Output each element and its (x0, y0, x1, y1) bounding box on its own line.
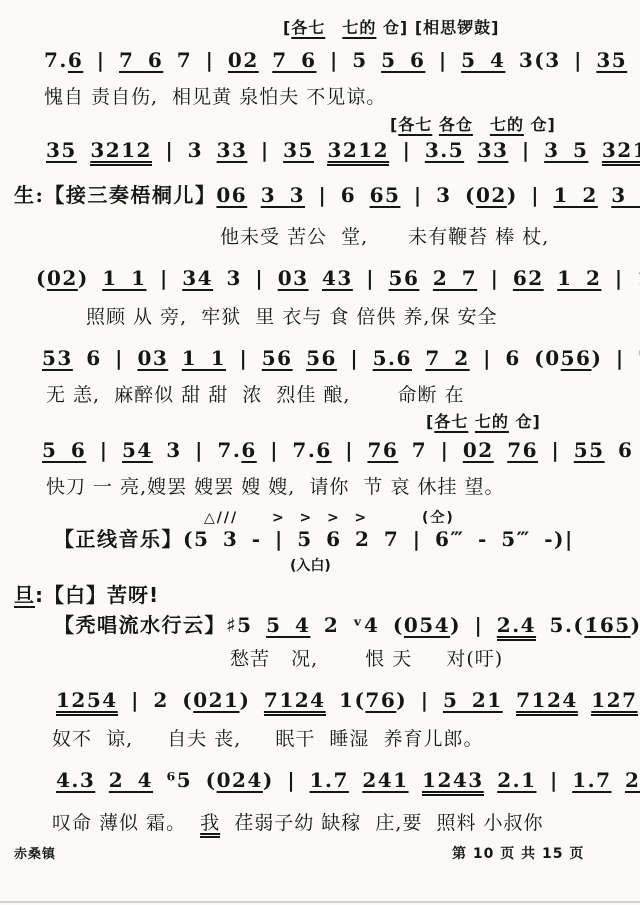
lyrics-line: 无 恙, 麻醉似 甜 甜 浓 烈佳 酿, 命断 在 (46, 384, 465, 408)
percussion-pattern: [各七 七的 仓] [相思锣鼓] (283, 18, 499, 38)
role-dialogue-line: 旦:【白】苦呀! (14, 583, 159, 608)
footer-title: 赤桑镇 (14, 843, 56, 862)
footer-page-number: 第 10 页 共 15 页 (452, 843, 584, 863)
lyrics-line: 照顾 从 旁, 牢狱 里 衣与 食 倍供 养,保 安全 (86, 306, 498, 330)
notation-line: (02) 1 1 | 34 3 | 03 43 | 56 2 7 | 62 1 … (36, 266, 640, 291)
notation-line: 4.3 2 4 ⁶5 (024) | 1.7 241 1243 2.1 | 1.… (56, 768, 640, 793)
notation-line: 53 6 | 03 1 1 | 56 56 | 5.6 7 2 | 6 (056… (42, 346, 640, 371)
accent-marks: (仝) (422, 510, 455, 528)
aria-notation-line: 【秃唱流水行云】♯5 5 4 2 ᵛ4 (054) | 2.4 5.(1̇65)… (54, 613, 640, 638)
notation-line: 35 3212 | 3 33 | 35 3212 | 3.5 33 | 3 5 … (46, 138, 640, 163)
notation-line: 1254 | 2 (021) 7124 1(76) | 5 21 7124 12… (56, 688, 640, 713)
percussion-pattern: [各七 各仓 七的 仓] (390, 115, 556, 135)
accent-marks: △/// (204, 510, 238, 528)
notation-line: 7.6 | 7 6 7 | 02 7 6 | 5 5 6 | 5 4 3(3 |… (44, 48, 640, 73)
stage-direction: (入白) (290, 558, 331, 576)
lyrics-line: 叹命 薄似 霜。 我 荏弱子幼 缺稼 庄,要 照料 小叔你 (52, 812, 544, 836)
notation-line: 5 6 | 54 3 | 7.6 | 7.6 | 76 7 | 02 76 | … (42, 438, 640, 463)
accent-marks: > > > > (272, 510, 368, 528)
lyrics-line: 愁苦 况, 恨 天 对(吁) (230, 648, 503, 672)
percussion-pattern: [各七 七的 仓] (426, 412, 541, 432)
interlude-notation-line: 【正线音乐】(5 3 - | 5 6 2 7 | 6‴ - 5‴ -)| (54, 527, 574, 552)
lyrics-line: 快刀 一 亮,嫂罢 嫂罢 嫂 嫂, 请你 节 哀 休挂 望。 (46, 476, 505, 500)
lyrics-line: 奴不 谅, 自夫 丧, 眠干 睡湿 养育儿郎。 (52, 728, 484, 752)
role-notation-line: 生:【接三奏梧桐儿】06 3 3 | 6 65 | 3 (02) | 1 2 3… (14, 183, 640, 208)
score-page: [各七 七的 仓] [相思锣鼓]7.6 | 7 6 7 | 02 7 6 | 5… (0, 0, 640, 905)
lyrics-line: 愧自 责自伤, 相见黄 泉怕夫 不见谅。 (44, 86, 386, 110)
lyrics-line: 他未受 苦公 堂, 未有鞭苔 棒 杖, (220, 226, 549, 250)
